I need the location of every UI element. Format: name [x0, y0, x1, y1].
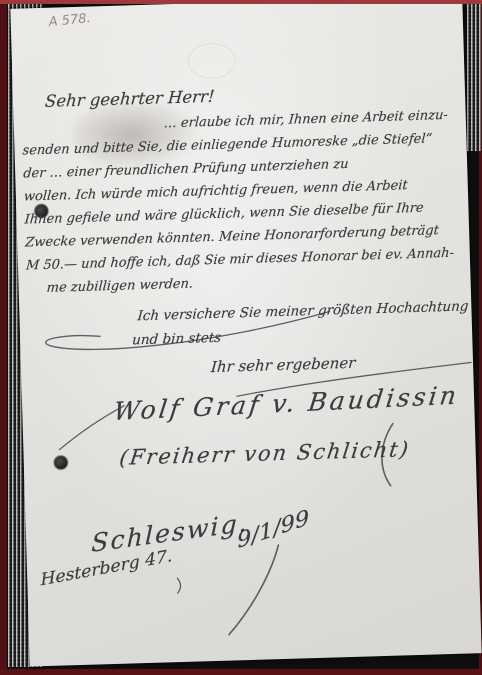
- archival-number: A 578.: [48, 11, 91, 30]
- fabric-weave-top-right: [467, 3, 481, 151]
- closing-line-1: Ich versichere Sie meiner größten Hochac…: [137, 298, 469, 324]
- body-line: wollen. Ich würde mich aufrichtig freuen…: [23, 178, 408, 204]
- salutation: Sehr geehrter Herr!: [44, 87, 215, 111]
- closing-line-2: und bin stets: [132, 330, 222, 349]
- pseudonym: (Freiherr von Schlicht): [118, 437, 411, 470]
- punch-hole-bottom: [54, 455, 68, 469]
- embossed-seal: [187, 42, 236, 79]
- body-line: … erlaube ich mir, Ihnen eine Arbeit ein…: [163, 108, 448, 131]
- frame-top-red: [0, 0, 482, 4]
- signature: Wolf Graf v. Baudissin: [112, 381, 461, 426]
- address-comma-stroke: [177, 578, 180, 593]
- frame-bottom-red: [0, 669, 482, 675]
- valediction: Ihr sehr ergebener: [210, 354, 356, 376]
- body-line: der … einer freundlichen Prüfung unterzi…: [23, 157, 349, 182]
- letter-photograph: A 578. Sehr geehrter Herr! … erlaube ich…: [0, 0, 482, 675]
- body-line: me zubilligen werden.: [46, 277, 193, 296]
- body-line: Ihnen gefiele und wäre glücklich, wenn S…: [24, 201, 424, 228]
- letter-sheet: A 578. Sehr geehrter Herr! … erlaube ich…: [10, 0, 481, 667]
- body-line: Zwecke verwenden könnten. Meine Honorarf…: [25, 223, 440, 250]
- body-line: M 50.— und hoffe ich, daß Sie mir dieses…: [25, 246, 454, 274]
- date-slash-stroke: [226, 545, 281, 635]
